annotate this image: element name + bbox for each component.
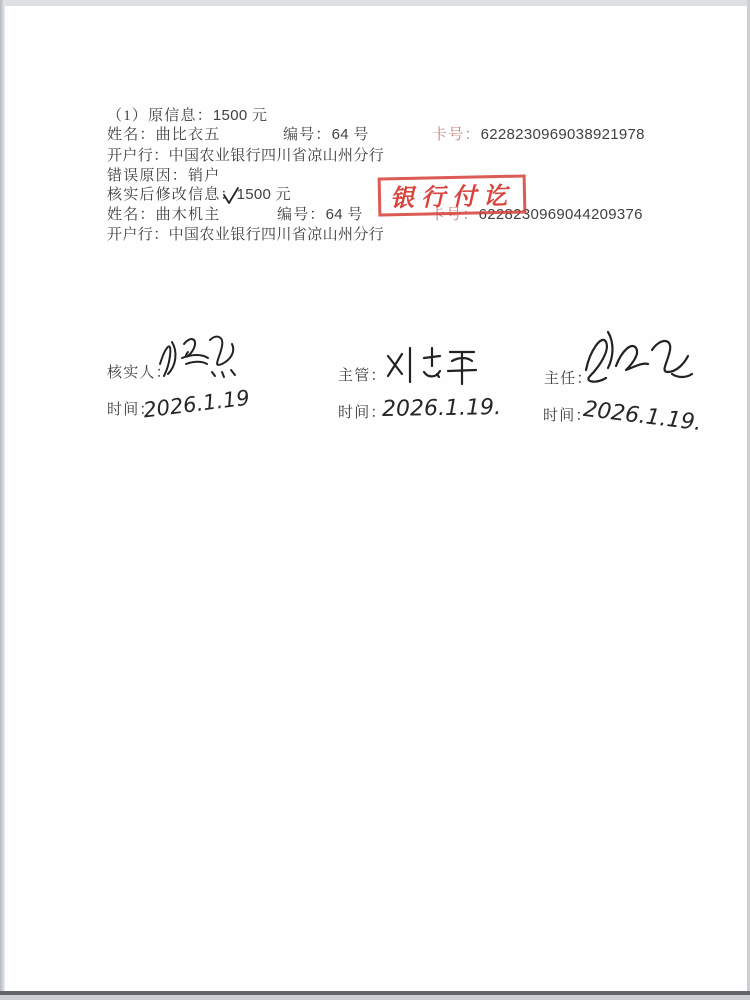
revised-info-value: 1500 元 bbox=[237, 186, 291, 203]
verifier-signature bbox=[152, 330, 244, 382]
bank-line-2: 开户行：中国农业银行四川省凉山州分行 bbox=[107, 223, 384, 244]
original-info-line: （1）原信息：1500 元 bbox=[107, 104, 267, 125]
supervisor-date-handwritten: 2026.1.19. bbox=[382, 395, 501, 422]
bank-paid-stamp-text: 银行付讫 bbox=[390, 176, 515, 214]
name-label: 姓名： bbox=[107, 207, 156, 223]
card-label: 卡号： bbox=[432, 127, 481, 143]
director-signature bbox=[572, 326, 698, 396]
number-label: 编号： bbox=[283, 127, 332, 143]
card-number: 6228230969038921978 bbox=[481, 126, 645, 143]
scanned-document-page: （1）原信息：1500 元 姓名：曲比衣五 编号：64 号 卡号：6228230… bbox=[0, 0, 750, 1000]
error-reason-line: 错误原因：销户 bbox=[107, 164, 220, 185]
bank-paid-stamp: 银行付讫 bbox=[378, 174, 527, 216]
scan-edge-bottom-shadow bbox=[0, 995, 750, 1000]
original-info-label: （1）原信息： bbox=[107, 108, 213, 124]
name-label: 姓名： bbox=[107, 127, 156, 143]
bank-line-1: 开户行：中国农业银行四川省凉山州分行 bbox=[107, 144, 384, 165]
revised-info-label: 核实后修改信息： bbox=[107, 187, 237, 203]
director-date-handwritten: 2026.1.19. bbox=[582, 397, 703, 436]
number-value: 64 号 bbox=[332, 126, 369, 143]
scan-edge-left bbox=[0, 0, 5, 1000]
supervisor-signature bbox=[382, 344, 482, 386]
number-label: 编号： bbox=[277, 207, 326, 223]
name-value: 曲木机主 bbox=[156, 207, 221, 223]
number-value: 64 号 bbox=[326, 206, 363, 223]
supervisor-label: 主管： bbox=[338, 364, 387, 385]
scan-edge-top bbox=[0, 0, 750, 6]
supervisor-time-label: 时间： bbox=[338, 401, 387, 422]
verifier-date-handwritten: 2026.1.19 bbox=[142, 386, 251, 423]
handwritten-checkmark-icon bbox=[221, 186, 241, 206]
original-info-value: 1500 元 bbox=[213, 107, 267, 124]
name-value: 曲比衣五 bbox=[156, 127, 221, 143]
revised-info-line: 核实后修改信息：1500 元 bbox=[107, 183, 291, 204]
